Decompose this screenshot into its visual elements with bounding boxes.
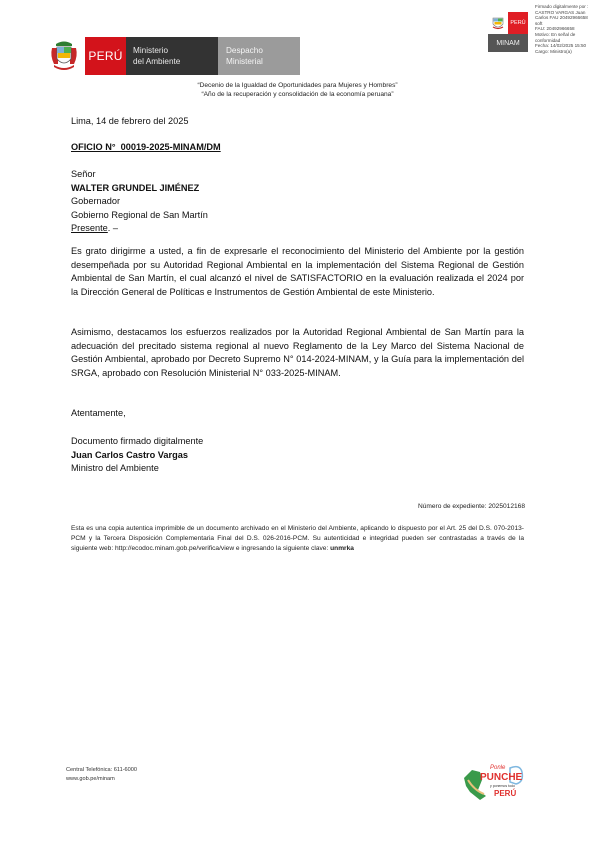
- closing: Atentamente,: [71, 407, 126, 421]
- ministry-line2: del Ambiente: [133, 56, 180, 67]
- signature-line: Firmado digitalmente por :: [535, 4, 595, 10]
- svg-text:PERÚ: PERÚ: [494, 789, 516, 798]
- phone: Central Telefónica: 611-6000: [66, 766, 137, 775]
- presente: Presente: [71, 223, 108, 233]
- country-label: PERÚ: [85, 37, 126, 75]
- digital-signature-details: Firmado digitalmente por : CASTRO VARGAS…: [535, 4, 595, 54]
- ministry-header-bar: PERÚ Ministerio del Ambiente Despacho Mi…: [85, 37, 300, 75]
- year-motto-line: “Año de la recuperación y consolidación …: [0, 91, 595, 100]
- svg-text:y ponemos todo: y ponemos todo: [490, 784, 515, 788]
- badge-org: MINAM: [488, 34, 528, 52]
- letter-date: Lima, 14 de febrero del 2025: [71, 115, 188, 129]
- peru-coat-of-arms-icon: [50, 40, 78, 72]
- body-paragraph: Asimismo, destacamos los esfuerzos reali…: [71, 326, 524, 380]
- decenio-header: “Decenio de la Igualdad de Oportunidades…: [0, 82, 595, 99]
- presente-suffix: . –: [108, 223, 118, 233]
- office-line1: Despacho: [226, 45, 263, 56]
- verification-key: unmrka: [330, 545, 354, 552]
- footer-contact: Central Telefónica: 611-6000 www.gob.pe/…: [66, 766, 137, 784]
- addressee-title: Gobernador: [71, 195, 208, 209]
- peru-coat-of-arms-icon: [488, 12, 508, 34]
- signature-line: Cargo: Ministro(a): [535, 49, 595, 55]
- signature-line: Carlos FAU 20492966658: [535, 15, 595, 21]
- office-label: Despacho Ministerial: [218, 37, 300, 75]
- ministry-label: Ministerio del Ambiente: [126, 37, 218, 75]
- expediente-number: Número de expediente: 2025012168: [390, 503, 525, 510]
- signer-name: Juan Carlos Castro Vargas: [71, 449, 203, 463]
- svg-text:PUNCHE: PUNCHE: [480, 772, 523, 783]
- digital-signature-badge: PERÚ MINAM: [488, 12, 528, 52]
- addressee-block: Señor WALTER GRUNDEL JIMÉNEZ Gobernador …: [71, 168, 208, 236]
- signer-title: Ministro del Ambiente: [71, 462, 203, 476]
- body-paragraph: Es grato dirigirme a usted, a fin de exp…: [71, 245, 524, 299]
- svg-text:Ponle: Ponle: [490, 765, 506, 771]
- signature-line: Fecha: 14/02/2025 15:50: [535, 43, 595, 49]
- signed-note: Documento firmado digitalmente: [71, 435, 203, 449]
- signature-block: Documento firmado digitalmente Juan Carl…: [71, 435, 203, 476]
- salutation: Señor: [71, 168, 208, 182]
- authenticity-note: Esta es una copia autentica imprimible d…: [71, 524, 524, 554]
- addressee-organization: Gobierno Regional de San Martín: [71, 209, 208, 223]
- decenio-line: “Decenio de la Igualdad de Oportunidades…: [0, 82, 595, 91]
- presente-line: Presente. –: [71, 222, 208, 236]
- badge-country: PERÚ: [508, 12, 528, 34]
- ponle-punche-logo: Ponle PUNCHE y ponemos todo PERÚ: [460, 760, 530, 802]
- oficio-reference: OFICIO N° 00019-2025-MINAM/DM: [71, 141, 221, 155]
- website-link[interactable]: www.gob.pe/minam: [66, 775, 137, 784]
- office-line2: Ministerial: [226, 56, 263, 67]
- ministry-line1: Ministerio: [133, 45, 168, 56]
- addressee-name: WALTER GRUNDEL JIMÉNEZ: [71, 182, 208, 196]
- authenticity-text: Esta es una copia autentica imprimible d…: [71, 525, 524, 552]
